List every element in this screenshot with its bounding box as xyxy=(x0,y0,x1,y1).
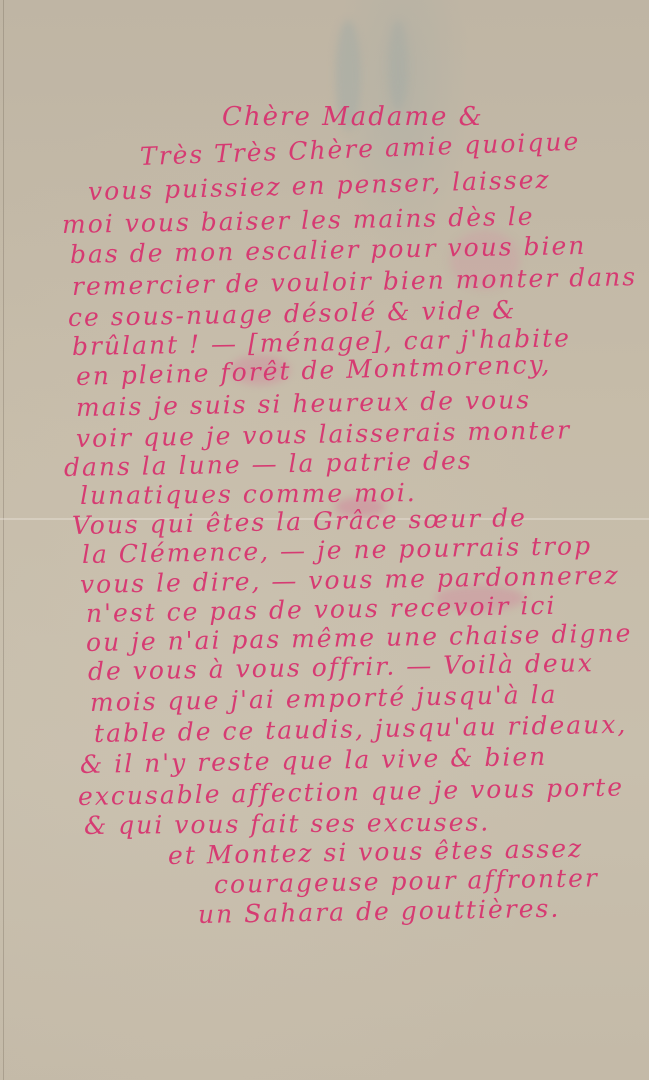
letter-line-2: vous puissiez en penser, laissez xyxy=(88,165,551,206)
letter-line-1: Très Très Chère amie quoique xyxy=(139,127,580,171)
letter-body: Chère Madame & Très Très Chère amie quoi… xyxy=(0,0,649,1080)
letter-page: Chère Madame & Très Très Chère amie quoi… xyxy=(0,0,649,1080)
letter-line-26: un Sahara de gouttières. xyxy=(198,894,561,929)
letter-line-21: & il n'y reste que la vive & bien xyxy=(80,742,548,779)
letter-line-20: table de ce taudis, jusqu'au rideaux, xyxy=(94,710,628,748)
letter-line-22: excusable affection que je vous porte xyxy=(78,772,624,811)
letter-line-11: dans la lune — la patrie des xyxy=(64,446,473,482)
salutation: Chère Madame & xyxy=(222,102,484,132)
